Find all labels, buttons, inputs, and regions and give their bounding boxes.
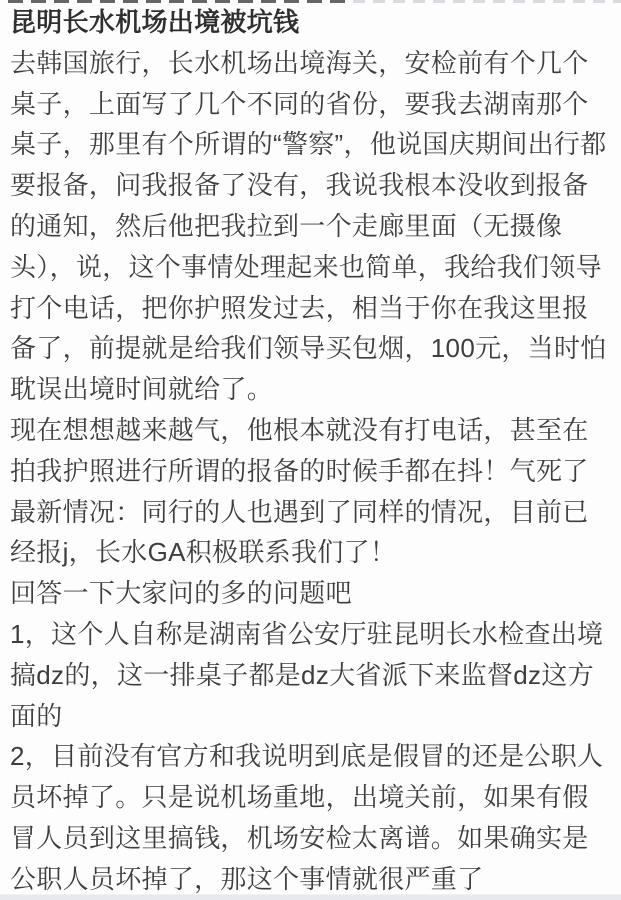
post-body: 昆明长水机场出境被坑钱 去韩国旅行，长水机场出境海关，安检前有个几个桌子，上面写… bbox=[0, 2, 621, 900]
post-paragraph: 2，目前没有官方和我说明到底是假冒的还是公职人员坏掉了。只是说机场重地，出境关前… bbox=[10, 736, 613, 899]
post-page: 昆明长水机场出境被坑钱 去韩国旅行，长水机场出境海关，安检前有个几个桌子，上面写… bbox=[0, 0, 621, 900]
post-paragraph: 最新情况：同行的人也遇到了同样的情况，目前已经报j，长水GA积极联系我们了！ bbox=[10, 492, 613, 574]
post-paragraph: 现在想想越来越气，他根本就没有打电话，甚至在拍我护照进行所谓的报备的时候手都在抖… bbox=[10, 410, 613, 492]
post-paragraph: 回答一下大家问的多的问题吧 bbox=[10, 573, 613, 614]
bottom-edge-strip bbox=[0, 894, 621, 900]
post-paragraph: 去韩国旅行，长水机场出境海关，安检前有个几个桌子，上面写了几个不同的省份，要我去… bbox=[10, 43, 613, 410]
post-paragraph: 1，这个人自称是湖南省公安厅驻昆明长水检查出境搞dz的，这一排桌子都是dz大省派… bbox=[10, 614, 613, 736]
post-title: 昆明长水机场出境被坑钱 bbox=[10, 2, 613, 43]
